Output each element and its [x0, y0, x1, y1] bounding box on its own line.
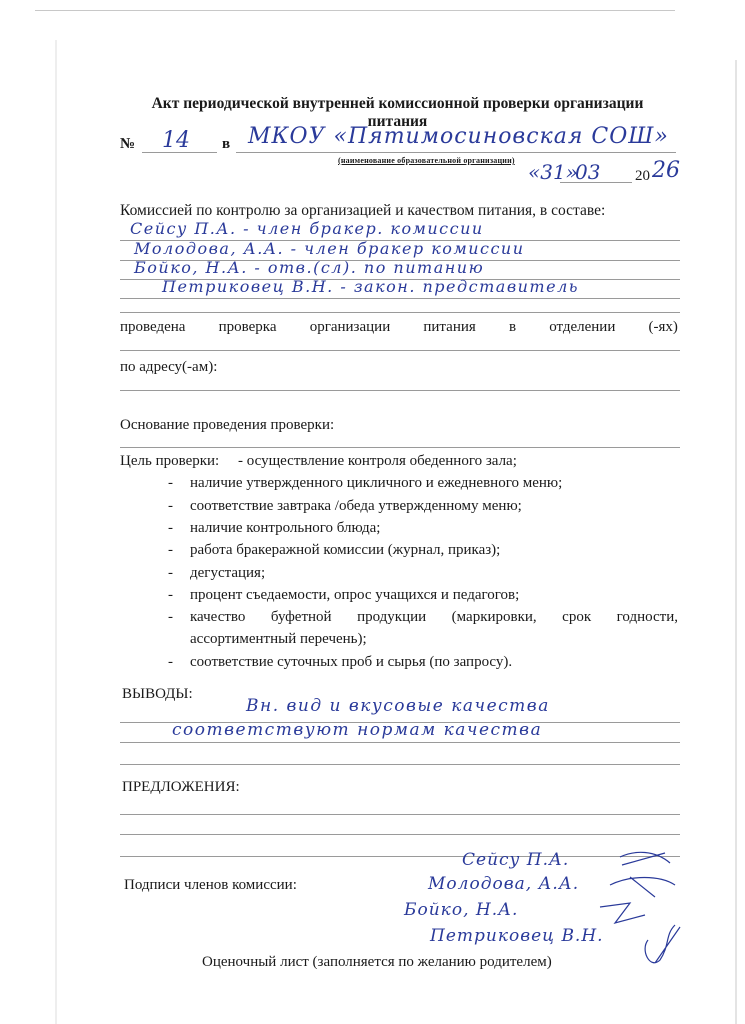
purpose-bullet: - [168, 586, 173, 604]
inspection-text: проведена проверка организации питания в… [120, 318, 678, 336]
purpose-item-2: соответствие завтрака /обеда утвержденно… [190, 497, 522, 515]
inspection-word: отделении [549, 318, 615, 336]
conclusions-text-2[interactable]: соответствуют нормам качества [172, 720, 542, 740]
organization-name[interactable]: МКОУ «Пятимосиновская СОШ» [248, 124, 669, 149]
proposals-line-1 [120, 814, 680, 815]
conclusions-line-2 [120, 742, 680, 743]
commission-member-4[interactable]: Петриковец В.Н. - закон. представитель [162, 277, 579, 296]
basis-label: Основание проведения проверки: [120, 416, 334, 434]
number-label: № [120, 135, 135, 153]
purpose-bullet: - [168, 608, 173, 626]
inspection-word: (-ях) [649, 318, 678, 336]
purpose-bullet: - [168, 564, 173, 582]
commission-member-2[interactable]: Молодова, А.А. - член бракер комиссии [134, 239, 525, 258]
commission-member-3[interactable]: Бойко, Н.А. - отв.(сл). по питанию [134, 258, 484, 277]
inspection-top-line [120, 312, 680, 313]
purpose-label: Цель проверки: [120, 452, 219, 470]
inspection-word: проведена [120, 318, 185, 336]
organization-underline [236, 152, 676, 153]
basis-line [120, 447, 680, 448]
proposals-label: ПРЕДЛОЖЕНИЯ: [122, 778, 240, 796]
address-label: по адресу(-ам): [120, 358, 217, 376]
conclusions-line-3 [120, 764, 680, 765]
title-line-1: Акт периодической внутренней комиссионно… [110, 95, 685, 113]
act-number[interactable]: 14 [162, 128, 190, 153]
conclusions-text-1[interactable]: Вн. вид и вкусовые качества [246, 696, 550, 716]
scan-edge-left [55, 40, 57, 1024]
purpose-item-1: наличие утвержденного цикличного и ежедн… [190, 474, 562, 492]
purpose-item-8: соответствие суточных проб и сырья (по з… [190, 653, 512, 671]
purpose-item-5: дегустация; [190, 564, 265, 582]
address-line [120, 390, 680, 391]
department-line [120, 350, 680, 351]
inspection-word: питания [423, 318, 475, 336]
purpose-bullet: - [168, 497, 173, 515]
purpose-item-3: наличие контрольного блюда; [190, 519, 380, 537]
date-year-prefix: 20 [635, 167, 650, 185]
scan-edge-top [35, 10, 675, 11]
scan-edge-right [735, 60, 737, 1024]
organization-caption: (наименование образовательной организаци… [338, 156, 515, 165]
purpose-item-6: процент съедаемости, опрос учащихся и пе… [190, 586, 519, 604]
purpose-bullet: - [168, 519, 173, 537]
date-month[interactable]: 03 [575, 160, 600, 184]
date-day[interactable]: «31» [528, 160, 578, 184]
inspection-word: проверка [219, 318, 277, 336]
purpose-bullet: - [168, 541, 173, 559]
signature-1[interactable]: Сейсу П.А. [462, 850, 569, 870]
purpose-bullet: - [168, 474, 173, 492]
inspection-word: организации [310, 318, 391, 336]
date-year-suffix[interactable]: 26 [652, 158, 680, 183]
commission-line-4 [120, 298, 680, 299]
purpose-bullet: - [168, 653, 173, 671]
signature-strokes-icon [560, 845, 690, 975]
signatures-label: Подписи членов комиссии: [124, 876, 297, 894]
evaluation-sheet-caption: Оценочный лист (заполняется по желанию р… [202, 953, 552, 971]
commission-member-1[interactable]: Сейсу П.А. - член бракер. комиссии [130, 219, 484, 238]
proposals-line-2 [120, 834, 680, 835]
inspection-word: в [509, 318, 516, 336]
purpose-item-7: качество буфетной продукции (маркировки,… [190, 608, 678, 626]
commission-label: Комиссией по контролю за организацией и … [120, 202, 605, 220]
purpose-item-4: работа бракеражной комиссии (журнал, при… [190, 541, 500, 559]
in-label: в [222, 135, 230, 153]
signature-3[interactable]: Бойко, Н.А. [404, 900, 518, 920]
signature-2[interactable]: Молодова, А.А. [428, 874, 579, 894]
purpose-item-7-continuation: ассортиментный перечень); [190, 630, 367, 648]
purpose-first-item: - осуществление контроля обеденного зала… [238, 452, 517, 470]
conclusions-label: ВЫВОДЫ: [122, 685, 193, 703]
